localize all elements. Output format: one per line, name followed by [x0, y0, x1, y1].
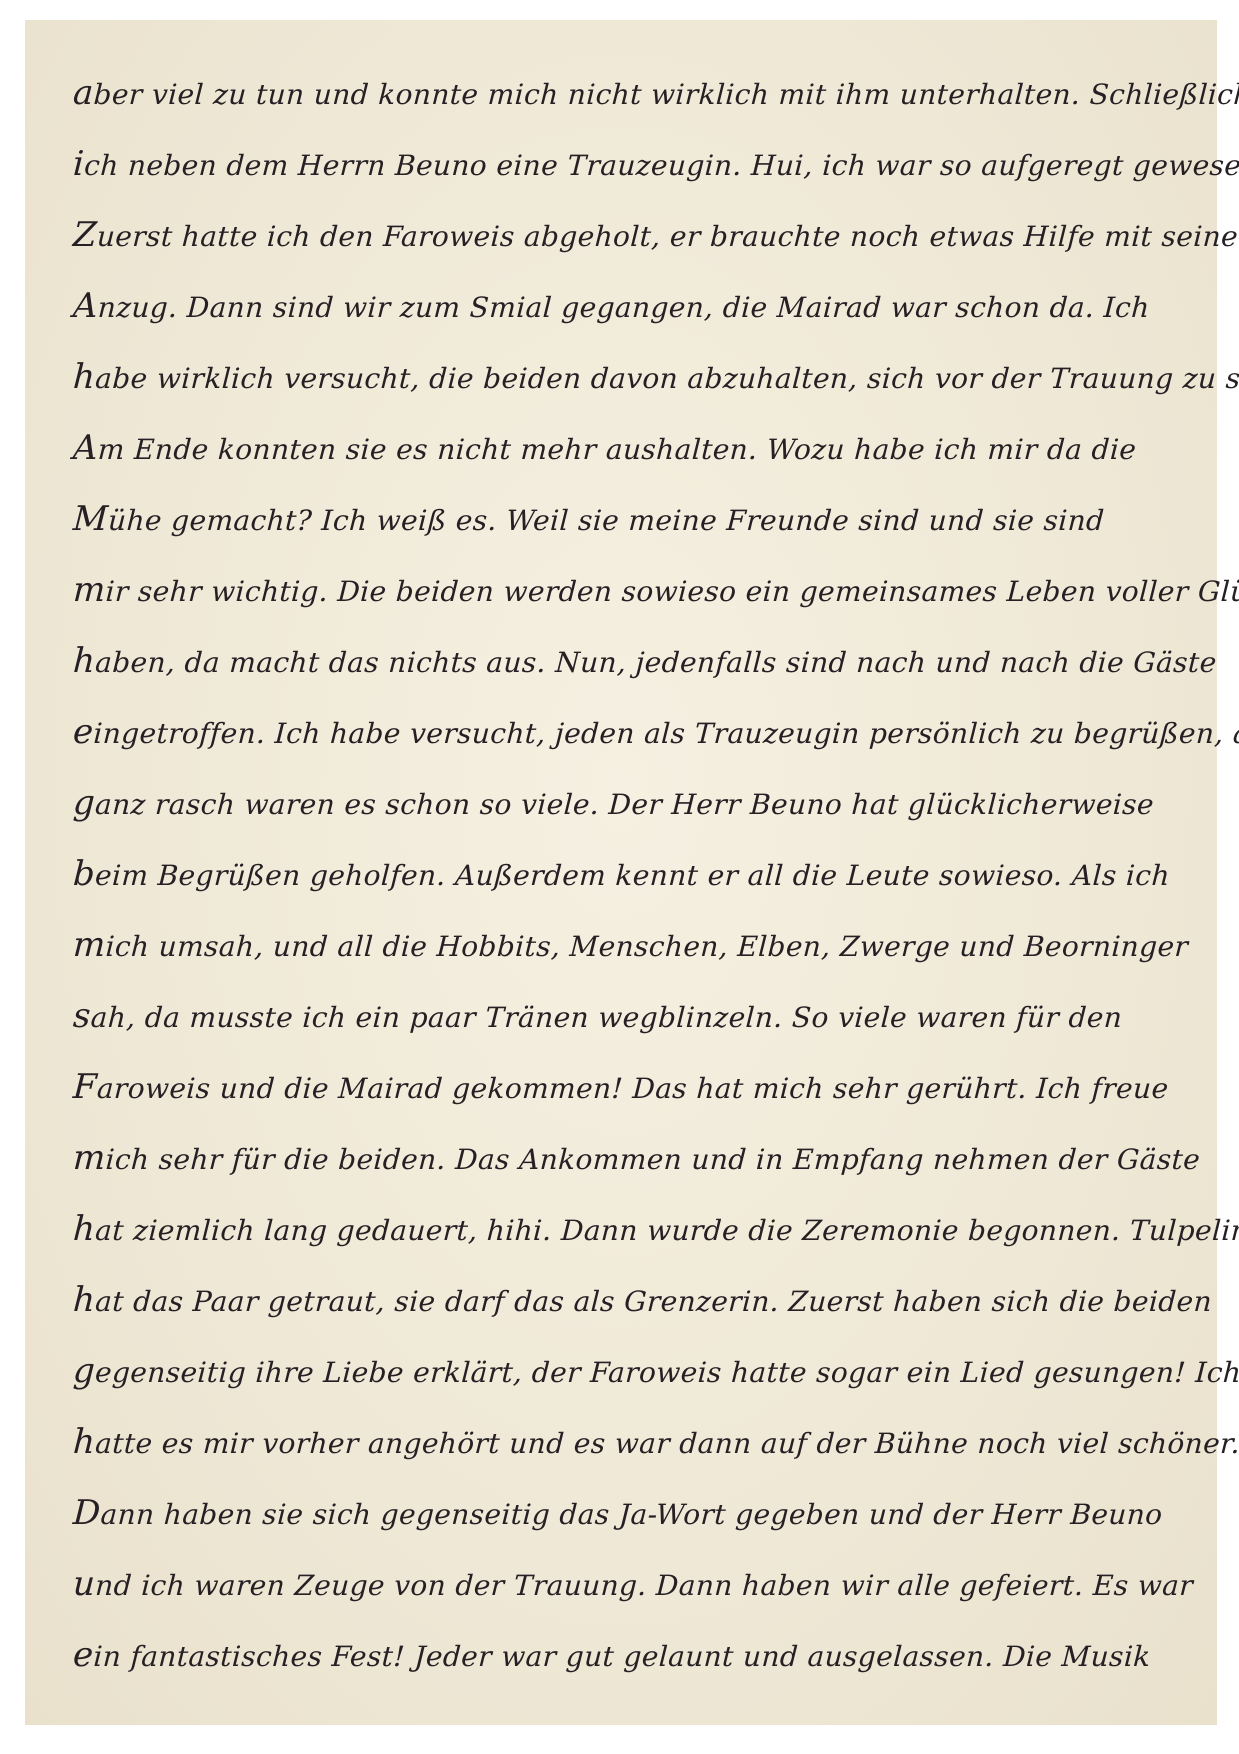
- letter-line: ganz rasch waren es schon so viele. Der …: [71, 768, 1189, 839]
- letter-paper: aber viel zu tun und konnte mich nicht w…: [25, 20, 1217, 1725]
- letter-line: Am Ende konnten sie es nicht mehr aushal…: [71, 413, 1189, 484]
- letter-line: beim Begrüßen geholfen. Außerdem kennt e…: [71, 839, 1189, 910]
- letter-line: und ich waren Zeuge von der Trauung. Dan…: [71, 1549, 1189, 1620]
- letter-line: mich umsah, und all die Hobbits, Mensche…: [71, 910, 1189, 981]
- letter-line: Anzug. Dann sind wir zum Smial gegangen,…: [71, 271, 1189, 342]
- letter-line: eingetroffen. Ich habe versucht, jeden a…: [71, 697, 1189, 768]
- letter-line: Dann haben sie sich gegenseitig das Ja-W…: [71, 1478, 1189, 1549]
- letter-line: Faroweis und die Mairad gekommen! Das ha…: [71, 1052, 1189, 1123]
- letter-line: gegenseitig ihre Liebe erklärt, der Faro…: [71, 1336, 1189, 1407]
- letter-line: hat das Paar getraut, sie darf das als G…: [71, 1265, 1189, 1336]
- letter-line: mir sehr wichtig. Die beiden werden sowi…: [71, 555, 1189, 626]
- letter-line: aber viel zu tun und konnte mich nicht w…: [71, 58, 1189, 129]
- letter-line: Mühe gemacht? Ich weiß es. Weil sie mein…: [71, 484, 1189, 555]
- page-background: aber viel zu tun und konnte mich nicht w…: [0, 0, 1239, 1754]
- letter-line: habe wirklich versucht, die beiden davon…: [71, 342, 1189, 413]
- letter-line: hatte es mir vorher angehört und es war …: [71, 1407, 1189, 1478]
- letter-line: hat ziemlich lang gedauert, hihi. Dann w…: [71, 1194, 1189, 1265]
- letter-body: aber viel zu tun und konnte mich nicht w…: [73, 58, 1187, 1691]
- letter-line: mich sehr für die beiden. Das Ankommen u…: [71, 1123, 1189, 1194]
- letter-line: ein fantastisches Fest! Jeder war gut ge…: [71, 1620, 1189, 1691]
- letter-line: sah, da musste ich ein paar Tränen wegbl…: [71, 981, 1189, 1052]
- letter-line: ich neben dem Herrn Beuno eine Trauzeugi…: [71, 129, 1189, 200]
- letter-line: Zuerst hatte ich den Faroweis abgeholt, …: [71, 200, 1189, 271]
- letter-line: haben, da macht das nichts aus. Nun, jed…: [71, 626, 1189, 697]
